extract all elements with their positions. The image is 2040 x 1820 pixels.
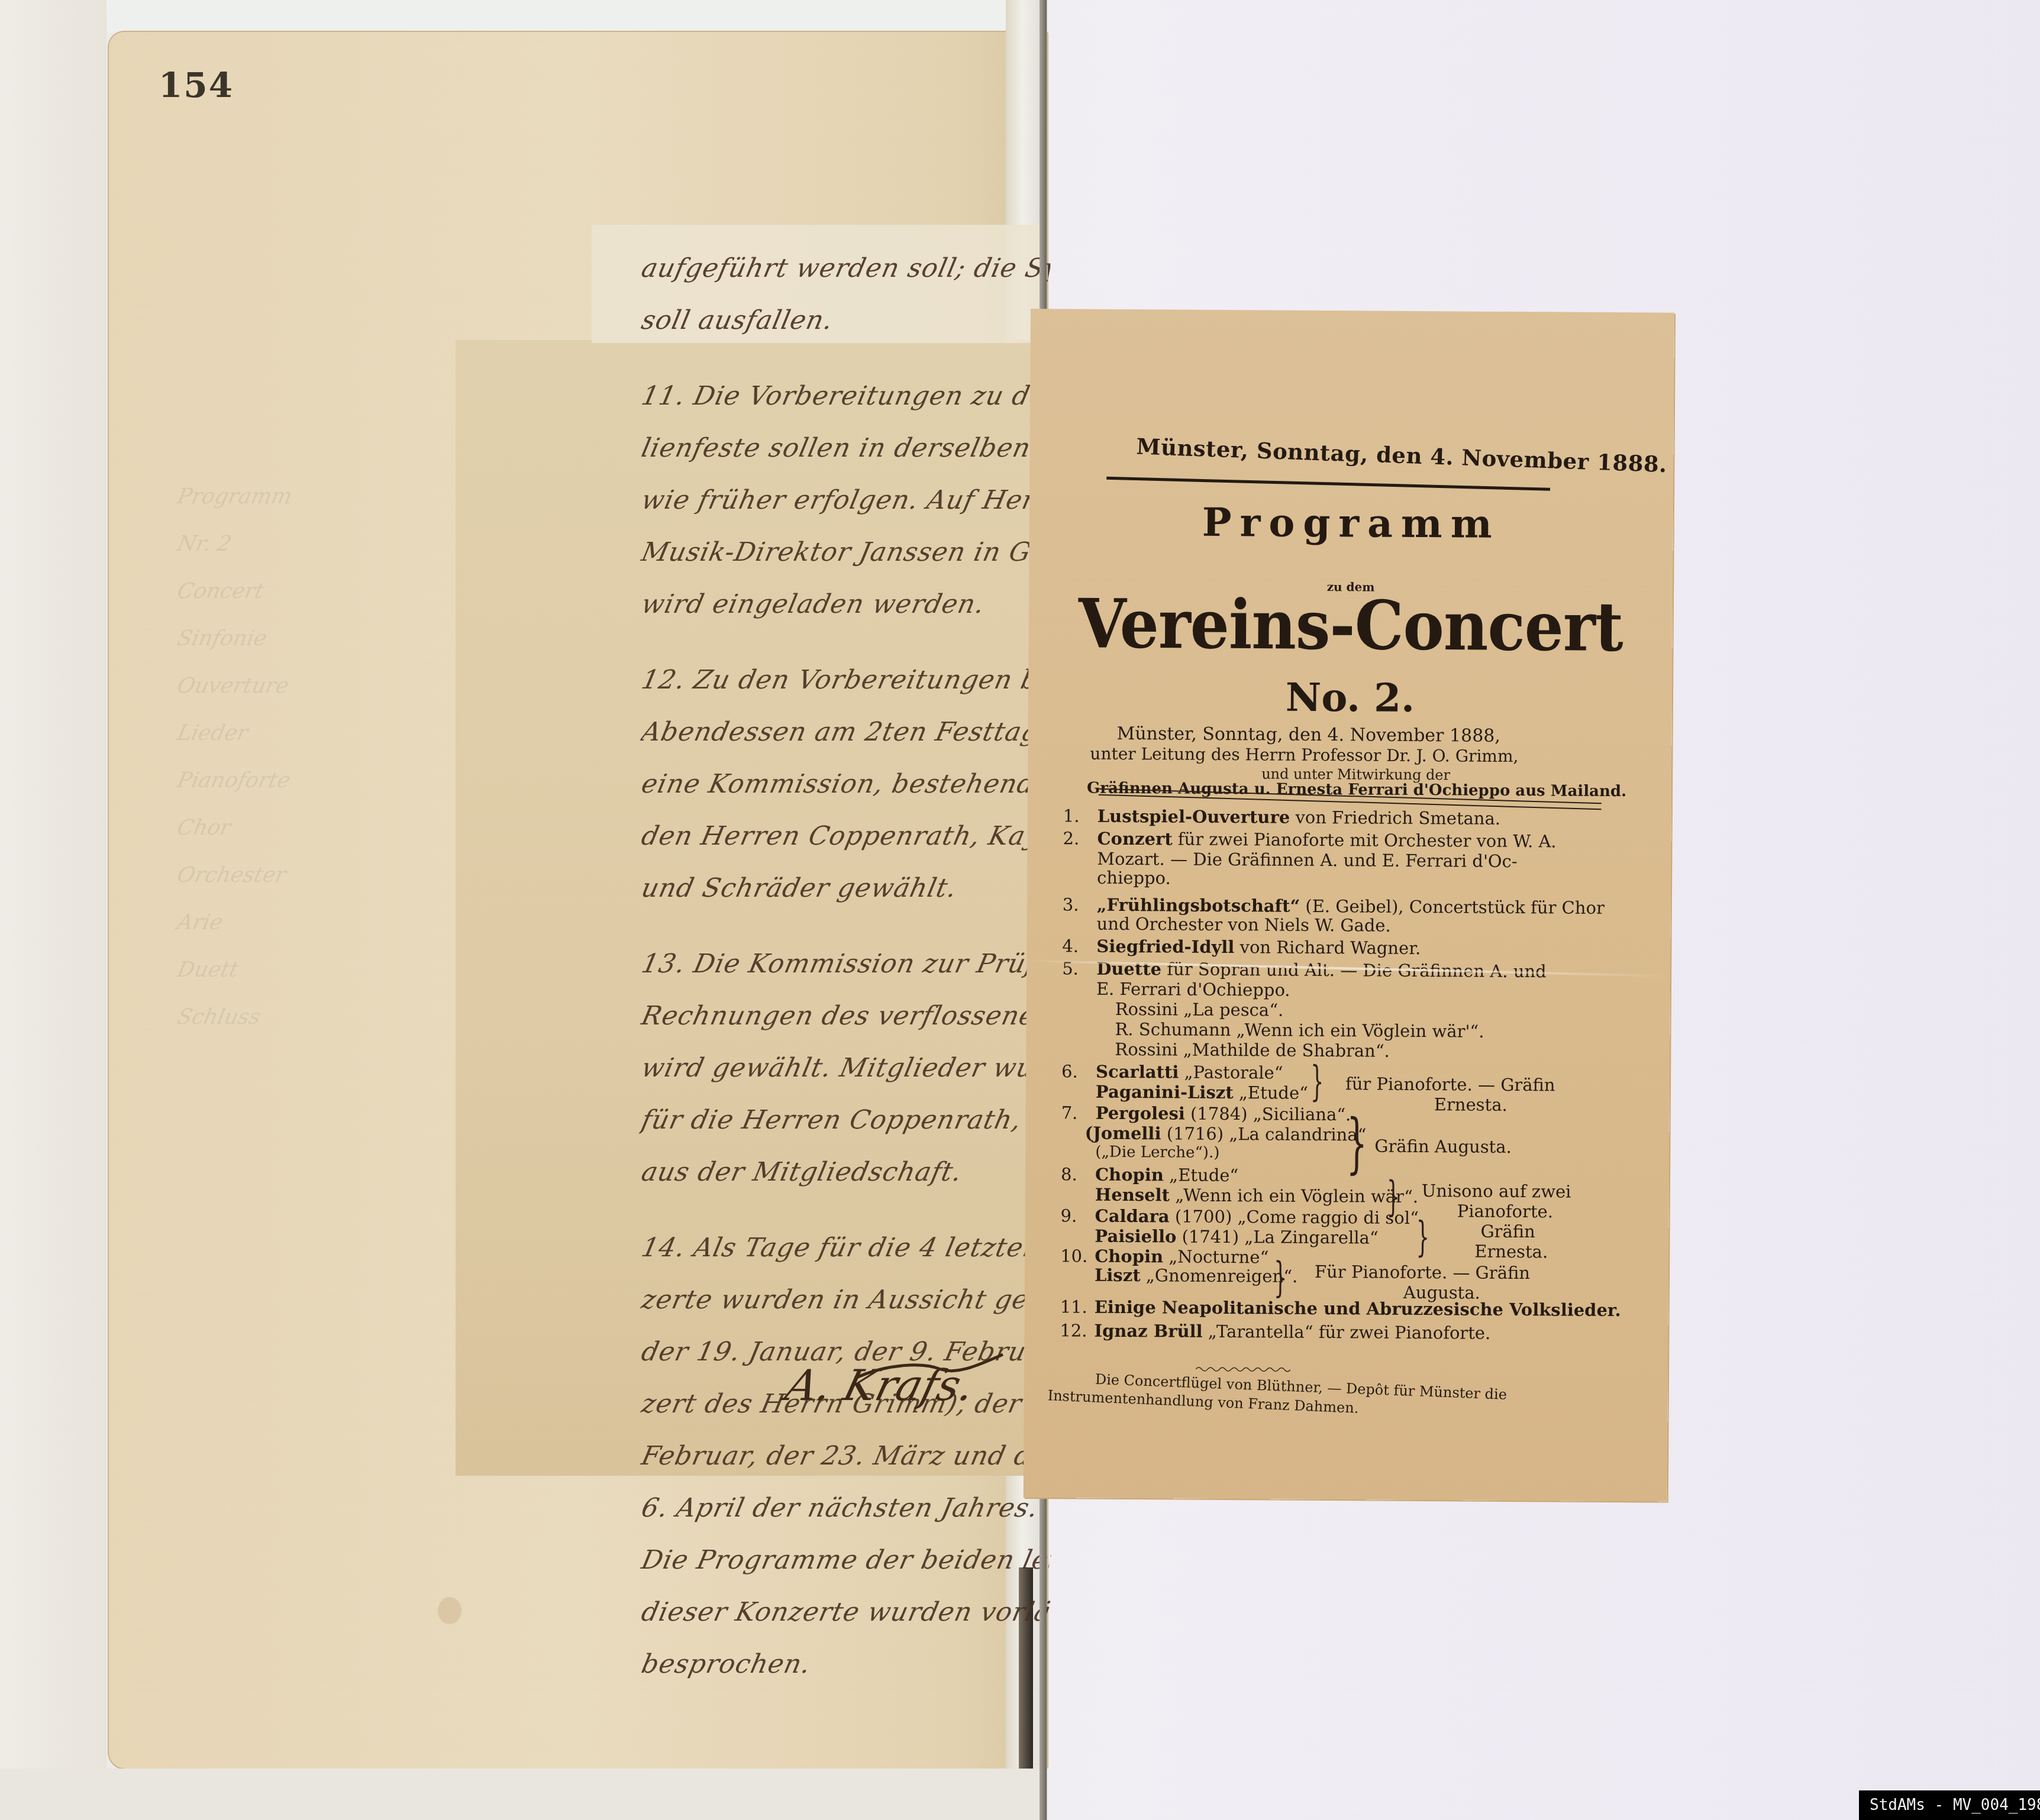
program-item: 11.Einige Neapolitanische und Abruzzesis… — [1060, 1297, 1621, 1320]
item-title: Paisiello — [1095, 1226, 1176, 1247]
item-text: „Etude“ — [1164, 1165, 1239, 1185]
performer-note: Gräfin — [1480, 1221, 1535, 1242]
program-dateline: Münster, Sonntag, den 4. November 1888. — [1136, 434, 1667, 478]
bleed-line: Arie — [172, 899, 454, 946]
bleed-line: Schluss — [172, 994, 454, 1041]
bleed-line: Pianoforte — [172, 757, 454, 804]
program-item: 8.Chopin „Etude“ — [1061, 1164, 1238, 1185]
handwritten-minutes: aufgeführt werden soll; die Symphonie so… — [642, 243, 1050, 1690]
item-number: 4. — [1062, 936, 1096, 956]
bleed-line: Duett — [172, 946, 454, 994]
item-number: 1. — [1063, 806, 1098, 826]
handwritten-line: Die Programme der beiden letzten — [637, 1534, 1056, 1586]
performer-note: für Pianoforte. — Gräfin — [1345, 1074, 1555, 1095]
performer-note: Ernesta. — [1474, 1242, 1548, 1262]
handwritten-line: wird gewählt. Mitglieder wurden — [637, 1042, 1056, 1094]
program-item-continued: E. Ferrari d'Ochieppo. — [1096, 979, 1290, 1000]
decorative-wave-rule — [1196, 1366, 1290, 1373]
handwritten-line: 14. Als Tage für die 4 letzten Kon- — [637, 1222, 1056, 1274]
paper-stain — [438, 1597, 461, 1624]
scanner-margin — [0, 0, 106, 1820]
item-text: (1741) „La Zingarella“ — [1176, 1227, 1379, 1248]
item-text: „Pastorale“ — [1179, 1062, 1283, 1083]
bleed-line: Orchester — [172, 852, 454, 899]
performer-note: Unisono auf zwei — [1422, 1181, 1571, 1202]
item-number: 3. — [1063, 894, 1097, 914]
item-title: „Frühlingsbotschaft“ — [1097, 895, 1300, 916]
bleed-line: Concert — [172, 568, 454, 615]
item-title: Henselt — [1095, 1185, 1170, 1205]
handwritten-line: 12. Zu den Vorbereitungen betr. der — [637, 654, 1056, 706]
handwritten-line: wird eingeladen werden. — [637, 578, 1056, 631]
item-number: 8. — [1061, 1164, 1095, 1184]
concert-program: Münster, Sonntag, den 4. November 1888. … — [1024, 309, 1674, 1502]
program-item: 12.Ignaz Brüll „Tarantella“ für zwei Pia… — [1060, 1320, 1490, 1343]
program-item-continued: Paganini-Liszt „Etude“ — [1096, 1082, 1308, 1103]
brace-icon: } — [1310, 1061, 1324, 1102]
item-title: (Jomelli — [1084, 1123, 1161, 1144]
program-item: 7.Pergolesi (1784) „Siciliana“. — [1061, 1103, 1351, 1124]
program-item-continued: („Die Lerche“).) — [1095, 1143, 1219, 1162]
brace-icon: } — [1274, 1257, 1287, 1298]
handwritten-line: Musik-Direktor Janssen in Göttingen — [637, 526, 1056, 578]
item-text: „Nocturne“ — [1163, 1246, 1268, 1267]
item-text: „Tarantella“ für zwei Pianoforte. — [1203, 1321, 1491, 1343]
program-item-continued: chieppo. — [1097, 868, 1171, 888]
program-heading: Programm — [1029, 498, 1673, 548]
program-item-continued: Henselt „Wenn ich ein Vöglein wär“. — [1095, 1185, 1418, 1207]
item-text: (1700) „Come raggio di sol“ — [1170, 1206, 1419, 1228]
brace-icon: } — [1416, 1216, 1429, 1257]
item-number: 12. — [1060, 1320, 1094, 1340]
item-title: Lustspiel-Ouverture — [1098, 806, 1290, 827]
item-number: 7. — [1061, 1103, 1096, 1123]
program-item-continued: Rossini „La pesca“. — [1115, 999, 1284, 1020]
program-rule — [1106, 477, 1550, 491]
handwritten-line: besprochen. — [637, 1638, 1056, 1690]
handwritten-line: für die Herren Coppenrath, — [637, 1094, 1056, 1146]
handwritten-line: Februar, der 23. März und der — [637, 1430, 1056, 1482]
item-text: von Richard Wagner. — [1234, 937, 1421, 958]
program-item: 9.Caldara (1700) „Come raggio di sol“ — [1061, 1205, 1419, 1228]
bleed-line: Programm — [172, 473, 454, 521]
handwritten-line: lienfeste sollen in derselben Weise — [637, 422, 1056, 474]
bleed-line: Lieder — [172, 710, 454, 757]
item-title: Scarlatti — [1096, 1062, 1179, 1082]
item-title: Pergolesi — [1096, 1103, 1185, 1124]
handwritten-line: 13. Die Kommission zur Prüfung der — [637, 938, 1056, 990]
program-item-continued: R. Schumann „Wenn ich ein Vöglein wär'“. — [1115, 1019, 1484, 1042]
item-text: „Wenn ich ein Vöglein wär“. — [1170, 1185, 1418, 1207]
performer-note: Gräfin Augusta. — [1374, 1136, 1512, 1157]
performer-note: Pianoforte. — [1457, 1201, 1554, 1221]
program-place-line: Münster, Sonntag, den 4. November 1888, — [1117, 723, 1501, 746]
item-text: und Abruzzesische Volkslieder. — [1318, 1298, 1621, 1320]
handwritten-line: aus der Mitgliedschaft. — [637, 1146, 1056, 1198]
program-item: 4.Siegfried-Idyll von Richard Wagner. — [1062, 936, 1421, 958]
handwritten-line: zerte wurden in Aussicht genommen — [637, 1274, 1056, 1326]
item-number: 2. — [1063, 828, 1097, 848]
handwritten-line: den Herren Coppenrath, Kayser — [637, 810, 1056, 862]
item-title: Einige Neapolitanische — [1095, 1297, 1318, 1318]
handwritten-line: soll ausfallen. — [637, 295, 1056, 347]
item-text: „Etude“ — [1234, 1082, 1309, 1103]
program-title: Vereins-Concert — [1028, 583, 1673, 667]
bleed-line: Ouverture — [172, 662, 454, 710]
item-text: (1716) „La calandrina“ — [1161, 1123, 1366, 1145]
scanner-bottom-margin — [0, 1769, 1041, 1820]
item-number: 10. — [1060, 1246, 1095, 1266]
handwritten-line: 11. Die Vorbereitungen zu dem Cäcilienfe… — [637, 370, 1056, 422]
program-item: 6.Scarlatti „Pastorale“ — [1061, 1061, 1283, 1082]
handwritten-line: Abendessen am 2ten Festtage wurde — [637, 706, 1056, 758]
program-item-continued: Rossini „Mathilde de Shabran“. — [1115, 1039, 1390, 1061]
program-item: 1.Lustspiel-Ouverture von Friedrich Smet… — [1063, 806, 1501, 829]
handwritten-line: wie früher erfolgen. Auf Herrn — [637, 474, 1056, 526]
bleed-line: Chor — [172, 804, 454, 852]
handwritten-line: aufgeführt werden soll; die Symphonie — [637, 243, 1056, 295]
page-number: 154 — [159, 65, 234, 105]
item-title: Conzert — [1097, 829, 1172, 849]
item-title: Chopin — [1095, 1165, 1164, 1185]
program-item-continued: (Jomelli (1716) „La calandrina“ — [1084, 1123, 1366, 1145]
program-item-continued: Liszt „Gnomenreigen“. — [1095, 1265, 1297, 1286]
performer-note: Ernesta. — [1434, 1094, 1508, 1115]
page-edges-top — [106, 0, 1047, 33]
handwritten-line: eine Kommission, bestehend aus — [637, 758, 1056, 810]
program-item: 10.Chopin „Nocturne“ — [1060, 1246, 1268, 1267]
item-title: Liszt — [1095, 1265, 1141, 1285]
item-number: 6. — [1061, 1061, 1096, 1081]
item-title: Caldara — [1095, 1206, 1170, 1227]
item-text: (1784) „Siciliana“. — [1185, 1104, 1351, 1125]
item-number: 9. — [1061, 1205, 1095, 1226]
bleed-through-text: Programm Nr. 2 Concert Sinfonie Ouvertur… — [177, 473, 450, 1041]
item-text: von Friedrich Smetana. — [1290, 807, 1500, 829]
item-title: Chopin — [1095, 1246, 1163, 1267]
item-number: 11. — [1060, 1297, 1095, 1317]
bleed-line: Sinfonie — [172, 615, 454, 662]
handwritten-line: Rechnungen des verflossenen Jahres — [637, 990, 1056, 1042]
program-number: No. 2. — [1028, 673, 1672, 723]
handwritten-line: und Schräder gewählt. — [637, 862, 1056, 914]
item-title: Paganini-Liszt — [1096, 1082, 1234, 1103]
signature-flourish — [852, 1352, 1006, 1387]
bleed-line: Nr. 2 — [172, 521, 454, 568]
brace-icon: } — [1347, 1122, 1367, 1163]
program-direction-line: unter Leitung des Herrn Professor Dr. J.… — [1090, 744, 1518, 766]
program-item-continued: und Orchester von Niels W. Gade. — [1097, 914, 1391, 936]
item-text: für zwei Pianoforte mit Orchester von W.… — [1173, 829, 1557, 851]
performer-note: Für Pianoforte. — Gräfin — [1315, 1262, 1530, 1283]
item-title: Ignaz Brüll — [1094, 1321, 1202, 1341]
handwritten-line: dieser Konzerte wurden vorläufig — [637, 1586, 1056, 1638]
program-item: 2.Conzert für zwei Pianoforte mit Orches… — [1063, 828, 1556, 851]
archive-reference-label: StdAMs - MV_004_198 — [1859, 1790, 2040, 1820]
item-title: Siegfried-Idyll — [1096, 936, 1234, 957]
handwritten-line: 6. April der nächsten Jahres. — [637, 1482, 1056, 1534]
program-item-continued: Paisiello (1741) „La Zingarella“ — [1095, 1226, 1379, 1248]
